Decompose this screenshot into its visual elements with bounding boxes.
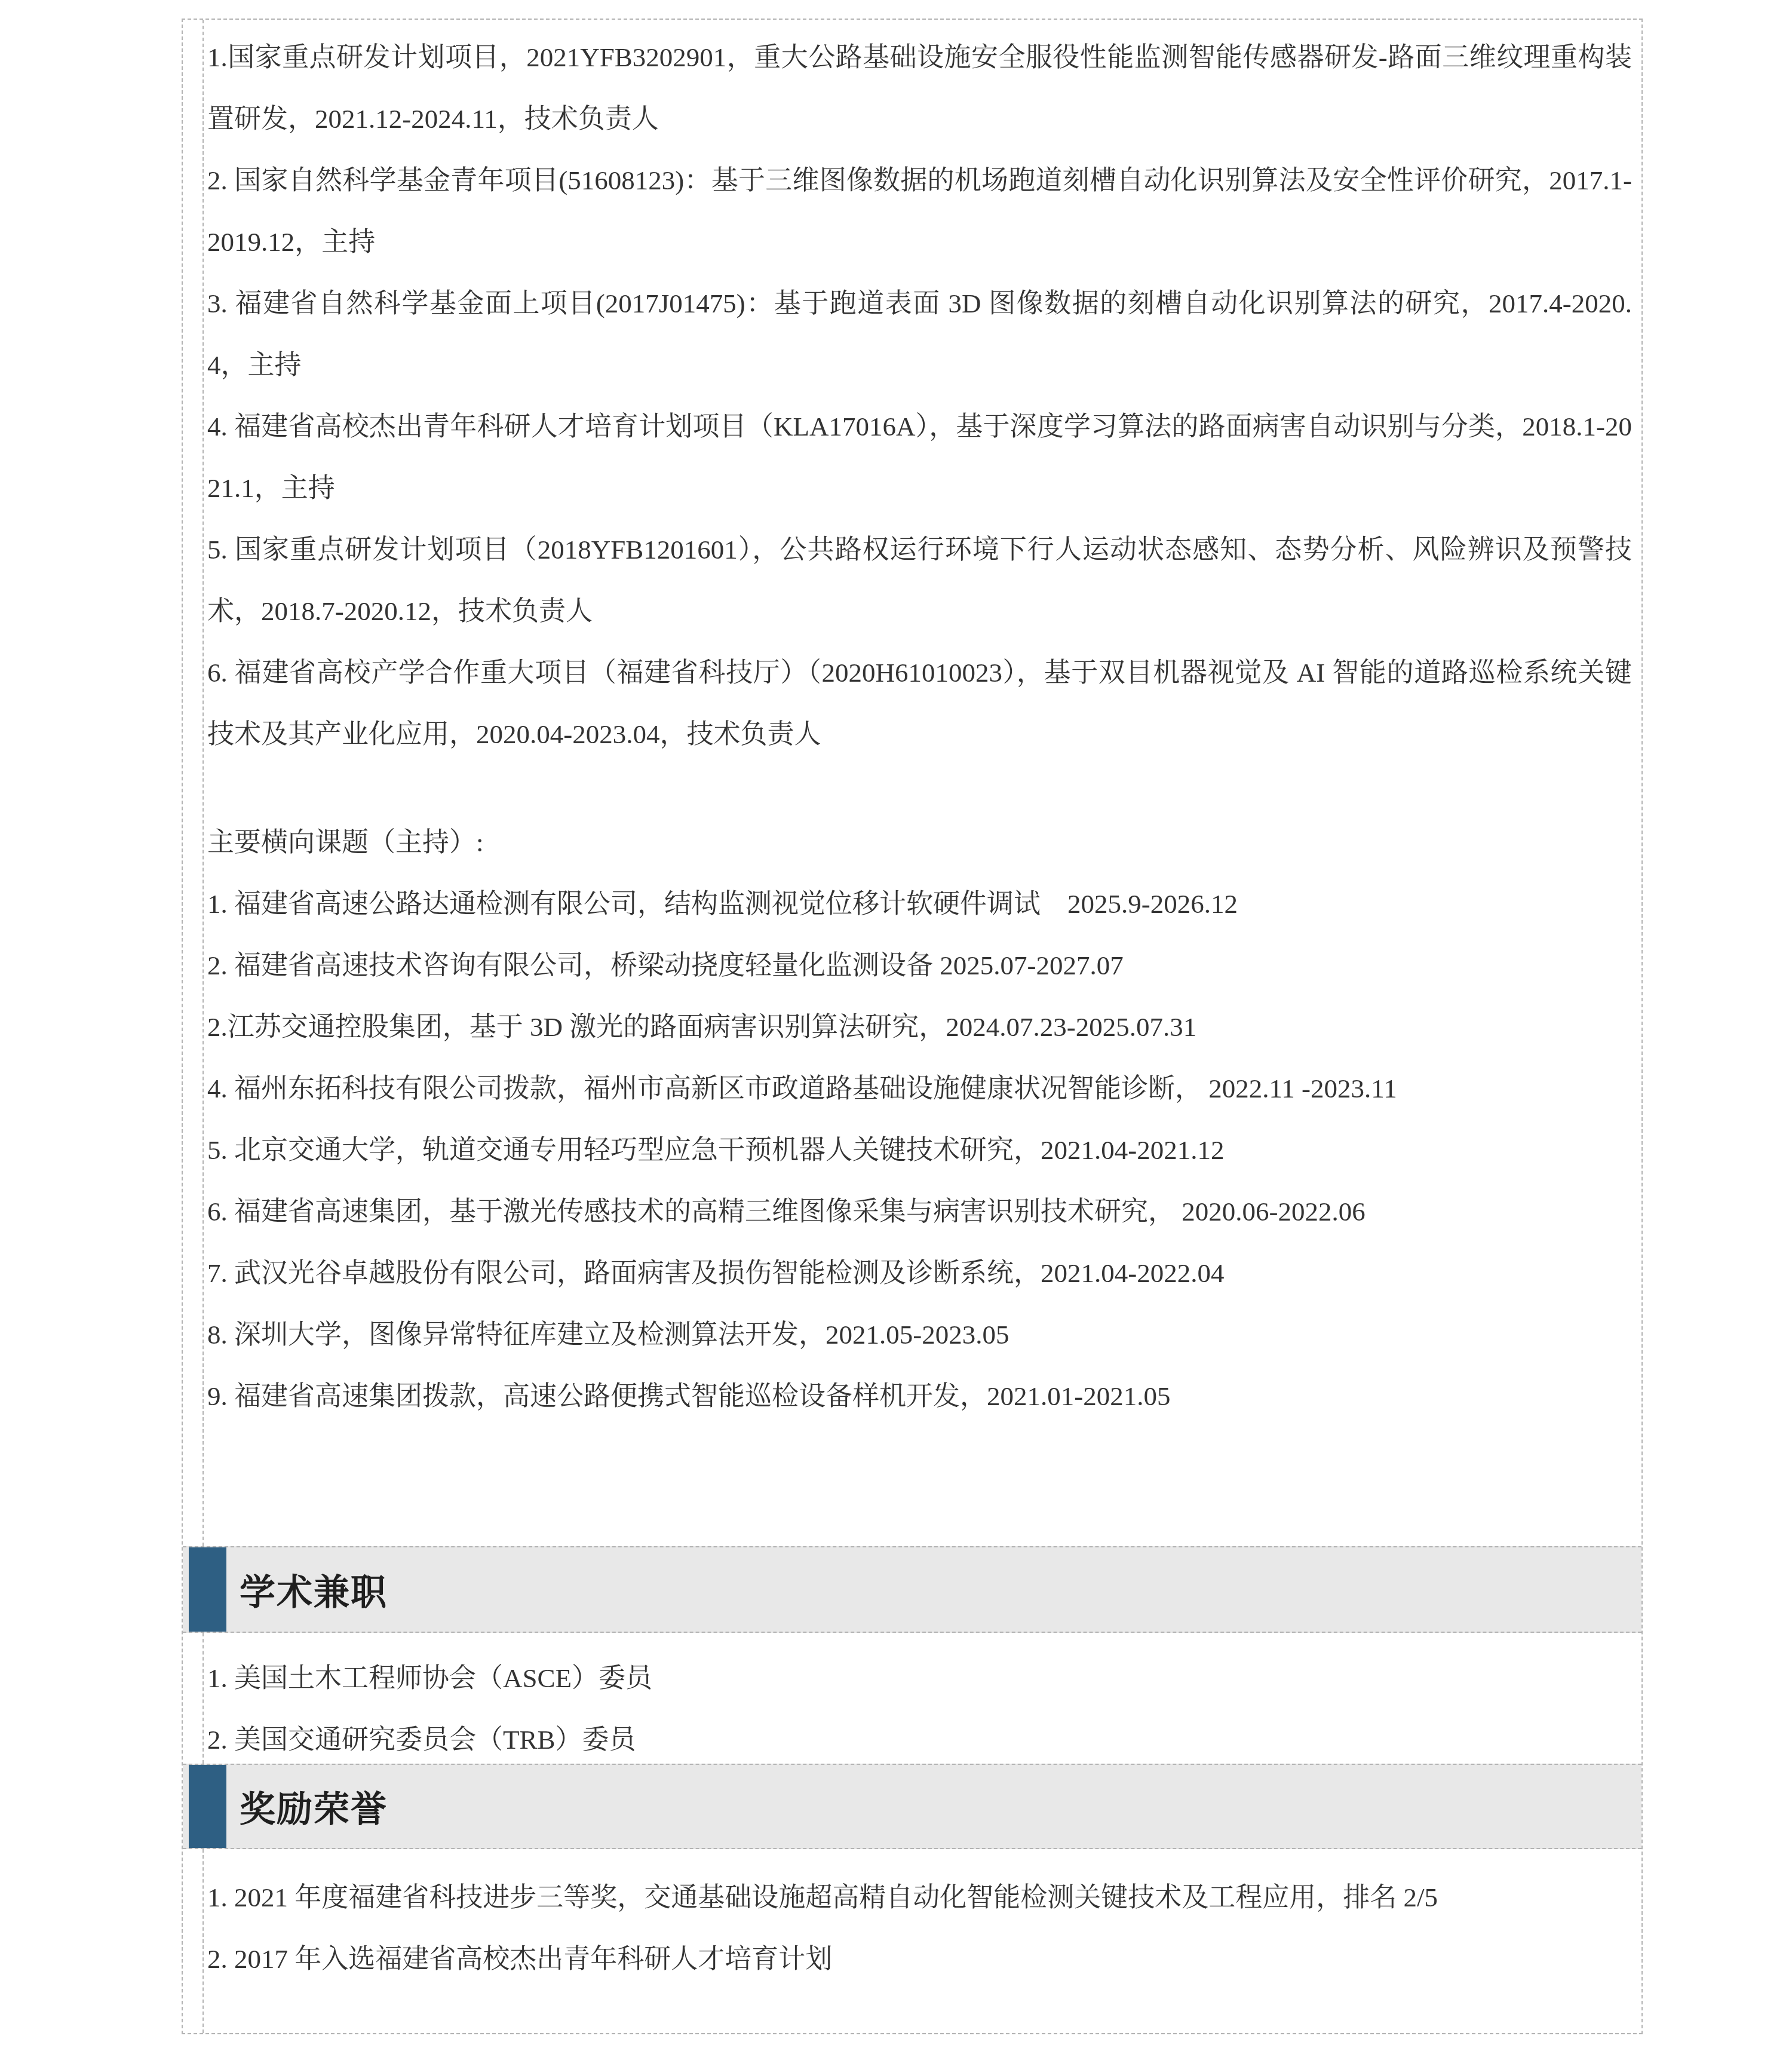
gutter-column [183,1849,204,2033]
horizontal-projects-heading: 主要横向课题（主持）: [207,812,1632,873]
academic-service-cell: 1. 美国土木工程师协会（ASCE）委员 2. 美国交通研究委员会（TRB）委员 [207,1633,1641,1764]
horizontal-project-item: 7. 武汉光谷卓越股份有限公司，路面病害及损伤智能检测及诊断系统，2021.04… [207,1243,1632,1304]
gutter-column [183,20,204,1546]
horizontal-project-item: 1. 福建省高速公路达通检测有限公司，结构监测视觉位移计软硬件调试 2025.9… [207,873,1632,935]
academic-service-item: 2. 美国交通研究委员会（TRB）委员 [207,1709,1632,1764]
vertical-project-item: 3. 福建省自然科学基金面上项目(2017J01475)：基于跑道表面 3D 图… [207,273,1632,396]
profile-page: 1.国家重点研发计划项目，2021YFB3202901，重大公路基础设施安全服役… [0,0,1792,2054]
vertical-project-item: 4. 福建省高校杰出青年科研人才培育计划项目（KLA17016A），基于深度学习… [207,396,1632,519]
horizontal-project-item: 2. 福建省高速技术咨询有限公司，桥梁动挠度轻量化监测设备 2025.07-20… [207,935,1632,997]
vertical-project-item: 2. 国家自然科学基金青年项目(51608123)：基于三维图像数据的机场跑道刻… [207,150,1632,273]
award-item: 2. 2017 年入选福建省高校杰出青年科研人才培育计划 [207,1929,1632,1990]
projects-cell: 1.国家重点研发计划项目，2021YFB3202901，重大公路基础设施安全服役… [207,20,1641,1427]
horizontal-project-item: 8. 深圳大学，图像异常特征库建立及检测算法开发，2021.05-2023.05 [207,1304,1632,1366]
vertical-project-item: 5. 国家重点研发计划项目（2018YFB1201601），公共路权运行环境下行… [207,519,1632,642]
section-header-awards: 奖励荣誉 [183,1764,1641,1849]
blue-accent-bar [189,1765,226,1848]
awards-section: 1. 2021 年度福建省科技进步三等奖，交通基础设施超高精自动化智能检测关键技… [183,1849,1641,2033]
academic-service-section: 1. 美国土木工程师协会（ASCE）委员 2. 美国交通研究委员会（TRB）委员 [183,1633,1641,1764]
horizontal-project-item: 4. 福州东拓科技有限公司拨款，福州市高新区市政道路基础设施健康状况智能诊断， … [207,1058,1632,1120]
horizontal-project-item: 9. 福建省高速集团拨款，高速公路便携式智能巡检设备样机开发，2021.01-2… [207,1366,1632,1427]
awards-cell: 1. 2021 年度福建省科技进步三等奖，交通基础设施超高精自动化智能检测关键技… [207,1849,1641,1990]
academic-service-title: 学术兼职 [240,1564,388,1615]
projects-section: 1.国家重点研发计划项目，2021YFB3202901，重大公路基础设施安全服役… [183,20,1641,1546]
section-header-academic-service: 学术兼职 [183,1546,1641,1633]
horizontal-project-item: 2.江苏交通控股集团，基于 3D 激光的路面病害识别算法研究，2024.07.2… [207,997,1632,1058]
gutter-column [183,1633,204,1764]
content-table: 1.国家重点研发计划项目，2021YFB3202901，重大公路基础设施安全服役… [182,19,1643,2034]
horizontal-project-item: 6. 福建省高速集团，基于激光传感技术的高精三维图像采集与病害识别技术研究， 2… [207,1181,1632,1243]
vertical-project-item: 6. 福建省高校产学合作重大项目（福建省科技厅）（2020H61010023），… [207,642,1632,765]
academic-service-item: 1. 美国土木工程师协会（ASCE）委员 [207,1648,1632,1709]
awards-title: 奖励荣誉 [240,1781,388,1832]
award-item: 1. 2021 年度福建省科技进步三等奖，交通基础设施超高精自动化智能检测关键技… [207,1867,1632,1929]
horizontal-project-item: 5. 北京交通大学，轨道交通专用轻巧型应急干预机器人关键技术研究，2021.04… [207,1120,1632,1181]
blue-accent-bar [189,1547,226,1632]
vertical-project-item: 1.国家重点研发计划项目，2021YFB3202901，重大公路基础设施安全服役… [207,27,1632,150]
